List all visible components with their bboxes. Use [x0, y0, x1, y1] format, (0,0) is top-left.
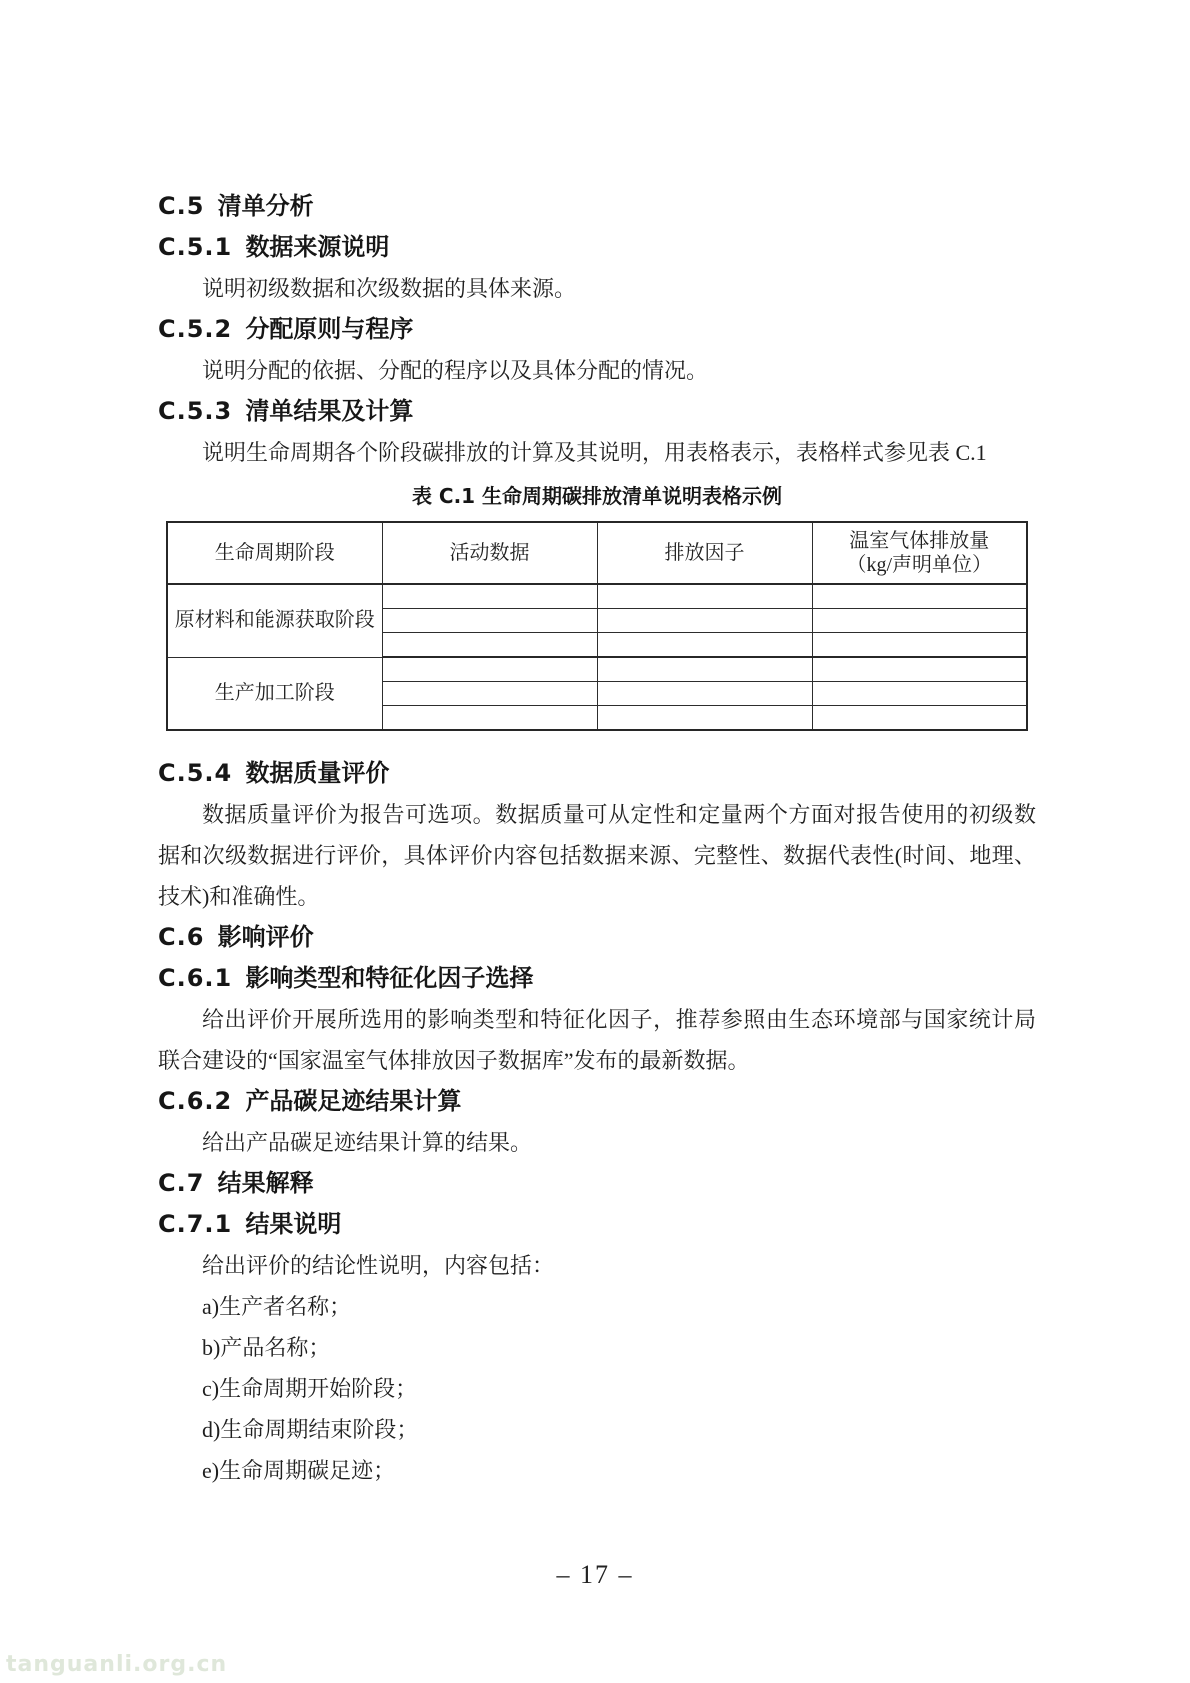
list-item-d: d)生命周期结束阶段；	[158, 1409, 1036, 1450]
table-cell-empty	[597, 633, 812, 658]
paragraph-c5-1: 说明初级数据和次级数据的具体来源。	[158, 268, 1036, 309]
stage-label-raw-materials: 原材料和能源获取阶段	[167, 584, 382, 657]
column-header-ghg-amount: 温室气体排放量 （kg/声明单位）	[812, 522, 1027, 584]
table-c1-block: 表 C.1 生命周期碳排放清单说明表格示例 生命周期阶段 活动数据 排放因子 温…	[158, 481, 1036, 731]
heading-number: C.5	[158, 186, 204, 227]
heading-number: C.6.2	[158, 1081, 232, 1122]
heading-title: 数据来源说明	[245, 233, 389, 261]
heading-number: C.5.3	[158, 391, 232, 432]
page-content: C.5清单分析 C.5.1数据来源说明 说明初级数据和次级数据的具体来源。 C.…	[158, 186, 1036, 1491]
document-page: C.5清单分析 C.5.1数据来源说明 说明初级数据和次级数据的具体来源。 C.…	[0, 0, 1190, 1683]
table-cell-empty	[812, 609, 1027, 633]
table-body: 原材料和能源获取阶段	[167, 584, 1027, 730]
heading-c7: C.7结果解释	[158, 1163, 1036, 1204]
table-cell-empty	[597, 682, 812, 706]
list-item-c: c)生命周期开始阶段；	[158, 1368, 1036, 1409]
paragraph-c5-3: 说明生命周期各个阶段碳排放的计算及其说明，用表格表示，表格样式参见表 C.1	[158, 432, 1036, 473]
heading-c6: C.6影响评价	[158, 917, 1036, 958]
heading-c5-1: C.5.1数据来源说明	[158, 227, 1036, 268]
table-cell-empty	[812, 682, 1027, 706]
heading-title: 数据质量评价	[245, 759, 389, 787]
heading-title: 影响评价	[218, 923, 314, 951]
table-cell-empty	[812, 706, 1027, 731]
table-caption: 表 C.1 生命周期碳排放清单说明表格示例	[158, 481, 1036, 511]
heading-number: C.5.4	[158, 753, 232, 794]
heading-number: C.7.1	[158, 1204, 232, 1245]
paragraph-c6-1: 给出评价开展所选用的影响类型和特征化因子，推荐参照由生态环境部与国家统计局联合建…	[158, 999, 1036, 1081]
heading-title: 分配原则与程序	[245, 315, 413, 343]
table-cell-empty	[597, 609, 812, 633]
table-cell-empty	[382, 609, 597, 633]
watermark: tanguanli.org.cn	[6, 1652, 227, 1677]
heading-c5: C.5清单分析	[158, 186, 1036, 227]
column-header-stage: 生命周期阶段	[167, 522, 382, 584]
heading-number: C.5.2	[158, 309, 232, 350]
table-cell-empty	[382, 584, 597, 609]
table-cell-empty	[382, 706, 597, 731]
heading-c5-4: C.5.4数据质量评价	[158, 753, 1036, 794]
heading-number: C.5.1	[158, 227, 232, 268]
table-cell-empty	[382, 657, 597, 682]
table-cell-empty	[597, 584, 812, 609]
column-header-emission-factor: 排放因子	[597, 522, 812, 584]
heading-title: 清单分析	[218, 192, 314, 220]
list-item-a: a)生产者名称；	[158, 1286, 1036, 1327]
stage-label-production: 生产加工阶段	[167, 657, 382, 730]
list-item-e: e)生命周期碳足迹；	[158, 1450, 1036, 1491]
paragraph-c5-4: 数据质量评价为报告可选项。数据质量可从定性和定量两个方面对报告使用的初级数据和次…	[158, 794, 1036, 917]
heading-number: C.7	[158, 1163, 204, 1204]
heading-number: C.6.1	[158, 958, 232, 999]
paragraph-c5-2: 说明分配的依据、分配的程序以及具体分配的情况。	[158, 350, 1036, 391]
page-number: – 17 –	[0, 1560, 1190, 1590]
table-cell-empty	[382, 682, 597, 706]
table-header: 生命周期阶段 活动数据 排放因子 温室气体排放量 （kg/声明单位）	[167, 522, 1027, 584]
table-c1: 生命周期阶段 活动数据 排放因子 温室气体排放量 （kg/声明单位） 原材料和能…	[166, 521, 1028, 731]
table-cell-empty	[812, 657, 1027, 682]
table-cell-empty	[382, 633, 597, 658]
heading-c5-2: C.5.2分配原则与程序	[158, 309, 1036, 350]
heading-c7-1: C.7.1结果说明	[158, 1204, 1036, 1245]
column-header-activity-data: 活动数据	[382, 522, 597, 584]
heading-title: 结果说明	[245, 1210, 341, 1238]
table-cell-empty	[812, 584, 1027, 609]
heading-title: 产品碳足迹结果计算	[245, 1087, 461, 1115]
table-cell-empty	[597, 706, 812, 731]
paragraph-c7-1: 给出评价的结论性说明，内容包括：	[158, 1245, 1036, 1286]
heading-c5-3: C.5.3清单结果及计算	[158, 391, 1036, 432]
heading-title: 影响类型和特征化因子选择	[245, 964, 533, 992]
heading-number: C.6	[158, 917, 204, 958]
table-row: 生产加工阶段	[167, 657, 1027, 682]
list-item-b: b)产品名称；	[158, 1327, 1036, 1368]
heading-title: 结果解释	[218, 1169, 314, 1197]
heading-c6-2: C.6.2产品碳足迹结果计算	[158, 1081, 1036, 1122]
table-cell-empty	[597, 657, 812, 682]
table-header-row: 生命周期阶段 活动数据 排放因子 温室气体排放量 （kg/声明单位）	[167, 522, 1027, 584]
table-cell-empty	[812, 633, 1027, 658]
heading-c6-1: C.6.1影响类型和特征化因子选择	[158, 958, 1036, 999]
table-row: 原材料和能源获取阶段	[167, 584, 1027, 609]
paragraph-c6-2: 给出产品碳足迹结果计算的结果。	[158, 1122, 1036, 1163]
heading-title: 清单结果及计算	[245, 397, 413, 425]
